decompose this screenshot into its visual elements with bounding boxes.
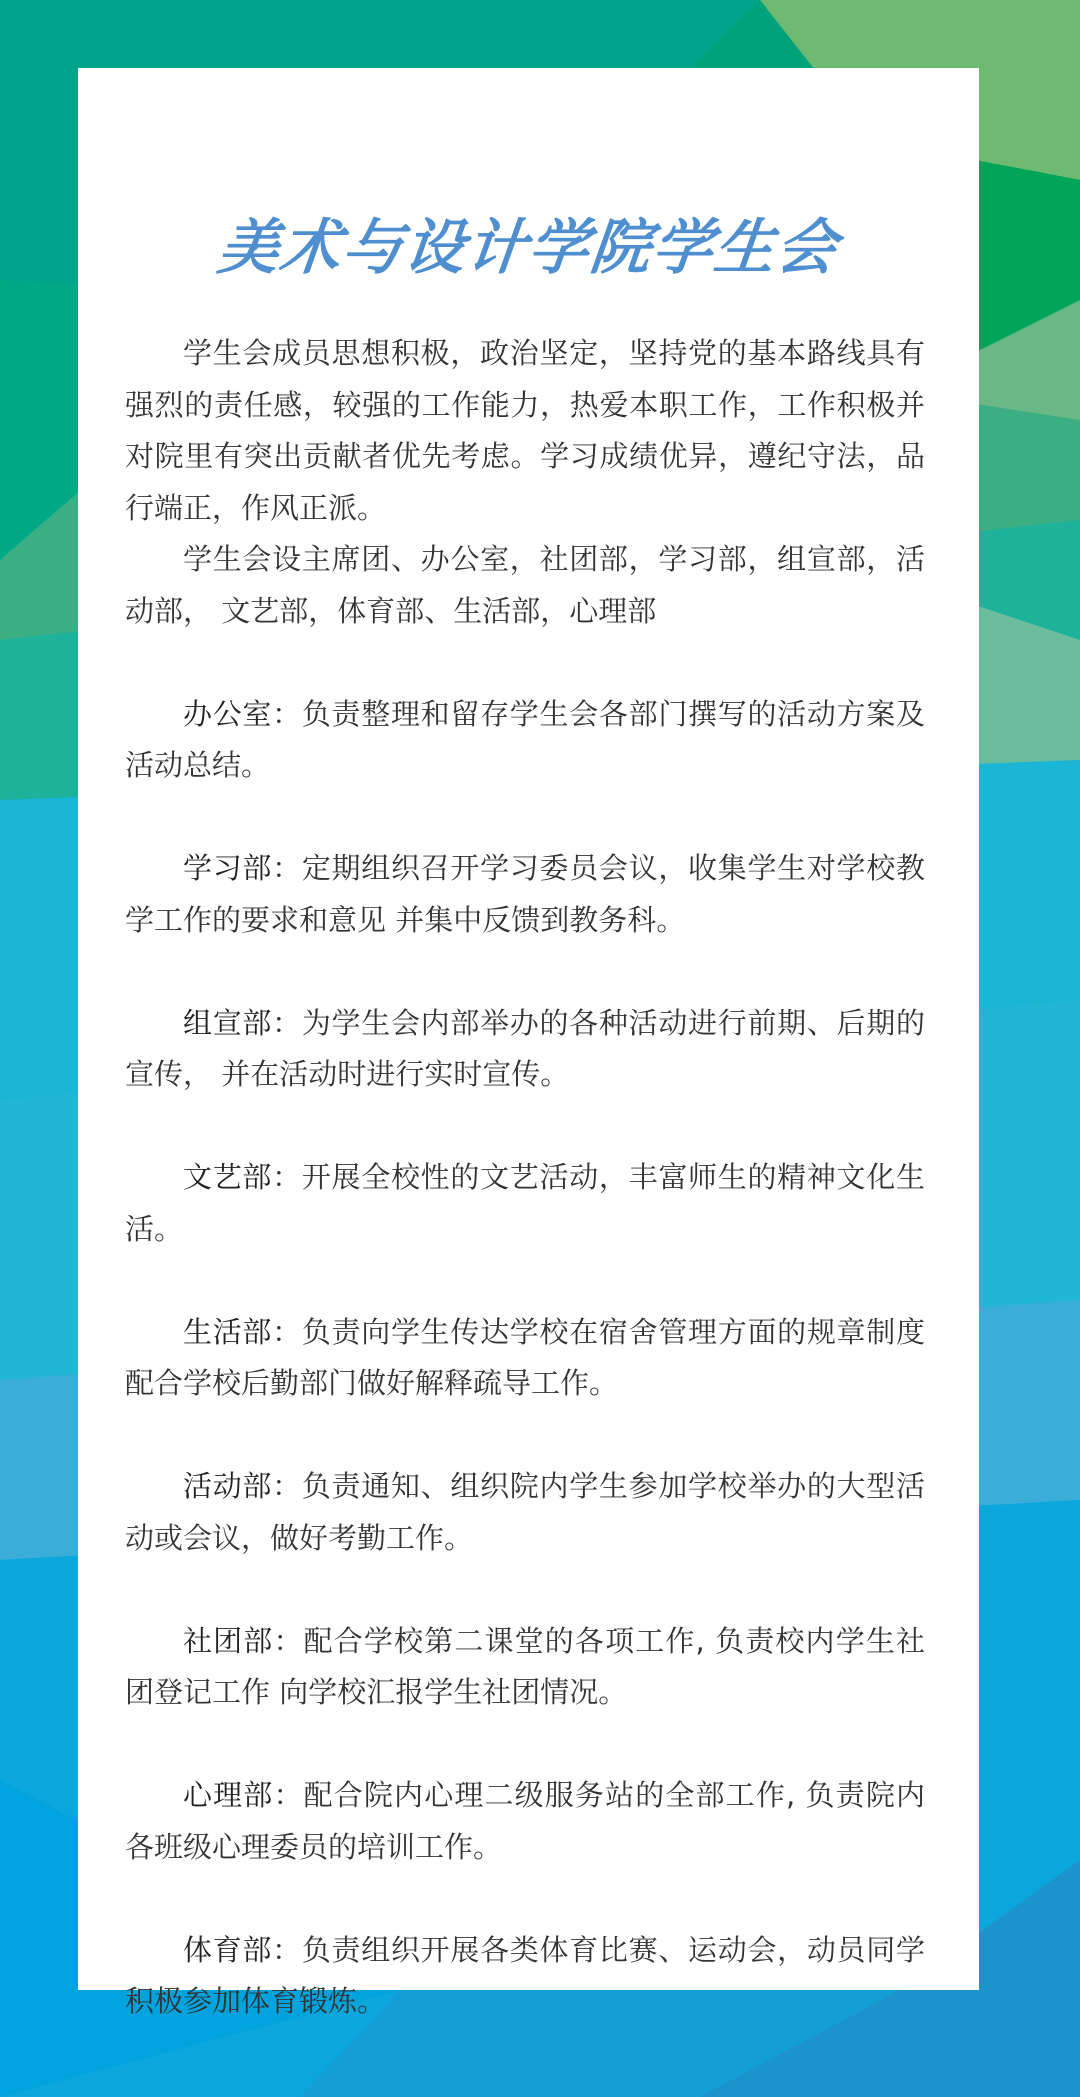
content-body: 学生会成员思想积极，政治坚定，坚持党的基本路线具有强烈的责任感，较强的工作能力，…	[125, 328, 925, 2028]
department-separator: ：	[272, 1160, 302, 1194]
department-sports: 体育部：负责组织开展各类体育比赛、运动会，动员同学积极参加体育锻炼。	[125, 1925, 925, 2028]
department-arts: 文艺部：开展全校性的文艺活动，丰富师生的精神文化生活。	[125, 1152, 925, 1255]
department-name: 社团部	[183, 1624, 273, 1658]
department-office: 办公室：负责整理和留存学生会各部门撰写的活动方案及活动总结。	[125, 689, 925, 792]
department-clubs: 社团部：配合学校第二课堂的各项工作, 负责校内学生社团登记工作 向学校汇报学生社…	[125, 1616, 925, 1719]
department-separator: ：	[272, 1006, 302, 1040]
intro-paragraph-structure: 学生会设主席团、办公室，社团部，学习部，组宣部，活动部， 文艺部，体育部、生活部…	[125, 534, 925, 637]
department-separator: ：	[273, 1624, 303, 1658]
department-name: 体育部	[183, 1933, 272, 1967]
department-separator: ：	[273, 1778, 303, 1812]
department-name: 学习部	[183, 851, 272, 885]
department-activities: 活动部：负责通知、组织院内学生参加学校举办的大型活动或会议，做好考勤工作。	[125, 1461, 925, 1564]
department-name: 文艺部	[183, 1160, 272, 1194]
department-name: 心理部	[183, 1778, 273, 1812]
page-title: 美术与设计学院学生会	[74, 208, 983, 288]
department-name: 生活部	[183, 1315, 272, 1349]
department-study: 学习部：定期组织召开学习委员会议，收集学生对学校教学工作的要求和意见 并集中反馈…	[125, 843, 925, 946]
department-name: 办公室	[183, 697, 272, 731]
department-separator: ：	[272, 1315, 302, 1349]
department-separator: ：	[272, 1469, 302, 1503]
department-psychology: 心理部：配合院内心理二级服务站的全部工作, 负责院内各班级心理委员的培训工作。	[125, 1770, 925, 1873]
department-separator: ：	[272, 851, 302, 885]
department-life: 生活部：负责向学生传达学校在宿舍管理方面的规章制度配合学校后勤部门做好解释疏导工…	[125, 1307, 925, 1410]
intro-paragraph-requirements: 学生会成员思想积极，政治坚定，坚持党的基本路线具有强烈的责任感，较强的工作能力，…	[125, 328, 925, 534]
department-publicity: 组宣部：为学生会内部举办的各种活动进行前期、后期的宣传， 并在活动时进行实时宣传…	[125, 998, 925, 1101]
department-name: 活动部	[183, 1469, 272, 1503]
department-separator: ：	[272, 697, 302, 731]
department-separator: ：	[272, 1933, 302, 1967]
content-panel: 美术与设计学院学生会 学生会成员思想积极，政治坚定，坚持党的基本路线具有强烈的责…	[78, 68, 979, 1990]
department-name: 组宣部	[183, 1006, 272, 1040]
